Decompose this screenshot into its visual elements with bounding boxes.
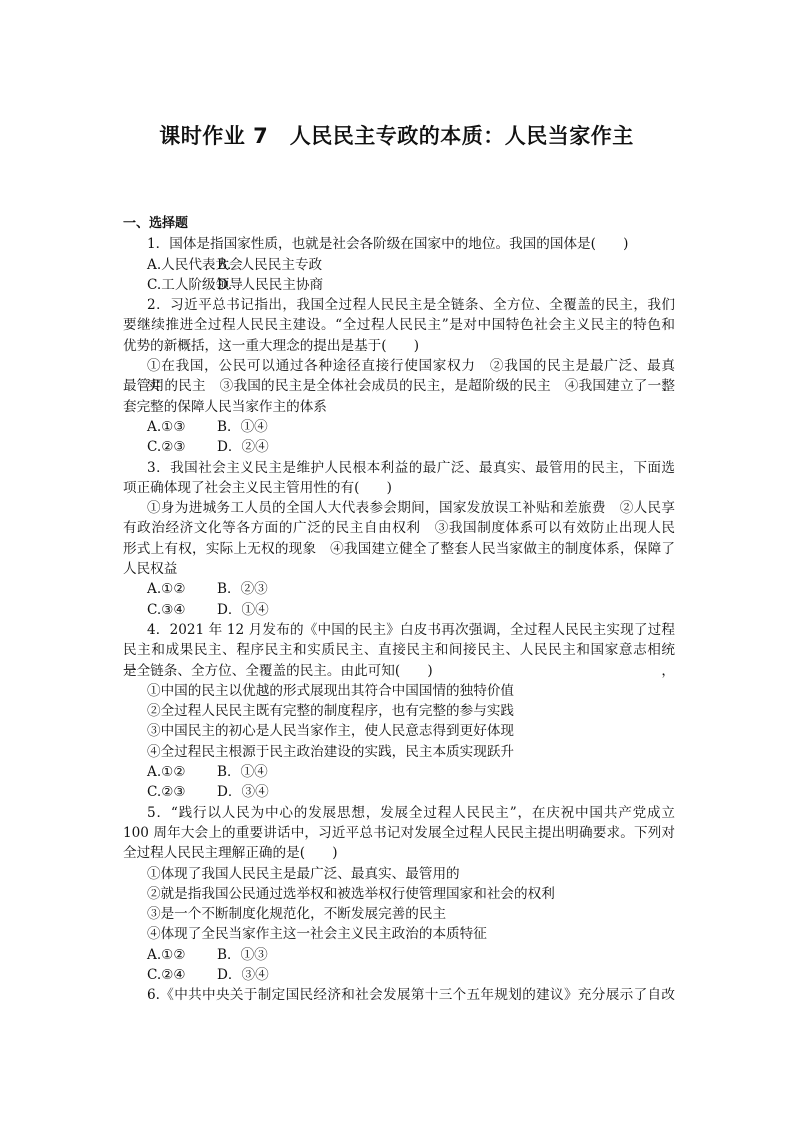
question-stem-line: 2．习近平总书记指出，我国全过程人民民主是全链条、全方位、全覆盖的民主，我们 xyxy=(123,295,675,315)
question-stem-line: 优势的新概括，这一重大理念的提出是基于( ) xyxy=(123,336,675,356)
statement-line: ③是一个不断制度化规范化，不断发展完善的民主 xyxy=(123,904,675,924)
question-stem-line: 民主和成果民主、程序民主和实质民主、直接民主和间接民主、人民民主和国家意志相统一… xyxy=(123,640,675,660)
question-5: 5．“践行以人民为中心的发展思想，发展全过程人民民主”，在庆祝中国共产党成立 1… xyxy=(123,803,675,986)
statement-line: 有政治经济文化等各方面的广泛的民主自由权利 ③我国制度体系可以有效防止出现人民 xyxy=(123,518,675,538)
option-c: C.②③ xyxy=(147,782,217,802)
option-d: D．③④ xyxy=(217,782,287,802)
option-a: A.①② xyxy=(147,762,217,782)
question-4: 4．2021 年 12 月发布的《中国的民主》白皮书再次强调，全过程人民民主实现… xyxy=(123,620,675,803)
options-row: C.②③ D．②④ xyxy=(123,437,675,457)
question-stem-line: 全过程人民民主理解正确的是( ) xyxy=(123,843,675,863)
question-stem-line: 1．国体是指国家性质，也就是社会各阶级在国家中的地位。我国的国体是( ) xyxy=(123,234,675,254)
option-d: D．③④ xyxy=(217,965,287,985)
statement-line: ④全过程民主根源于民主政治建设的实践，民主本质实现跃升 xyxy=(123,742,675,762)
statement-line: ③中国民主的初心是人民当家作主，使人民意志得到更好体现 xyxy=(123,721,675,741)
options-row: A.①② B．②③ xyxy=(123,579,675,599)
option-b: B．①④ xyxy=(217,417,287,437)
question-6: 6.《中共中央关于制定国民经济和社会发展第十三个五年规划的建议》充分展示了自改 xyxy=(123,985,675,1005)
question-stem-line: 项正确体现了社会主义民主管用性的有( ) xyxy=(123,478,675,498)
option-d: D．人民民主协商 xyxy=(217,275,287,295)
statement-line: ①中国的民主以优越的形式展现出其符合中国国情的独特价值 xyxy=(123,681,675,701)
question-stem-line: 4．2021 年 12 月发布的《中国的民主》白皮书再次强调，全过程人民民主实现… xyxy=(123,620,675,640)
option-d: D．②④ xyxy=(217,437,287,457)
statement-line: ②全过程人民民主既有完整的制度程序，也有完整的参与实践 xyxy=(123,701,675,721)
option-c: C.工人阶级领导 xyxy=(147,275,217,295)
page-title: 课时作业 7 人民民主专政的本质：人民当家作主 xyxy=(0,120,793,150)
option-a: A.①② xyxy=(147,945,217,965)
option-b: B．人民民主专政 xyxy=(217,255,287,275)
statement-line: ①体现了我国人民民主是最广泛、最真实、最管用的 xyxy=(123,864,675,884)
statement-line: ①在我国，公民可以通过各种途径直接行使国家权力 ②我国的民主是最广泛、最真实、 xyxy=(123,356,675,376)
statement-line: 最管用的民主 ③我国的民主是全体社会成员的民主，是超阶级的民主 ④我国建立了一整 xyxy=(123,376,675,396)
options-row: C.工人阶级领导 D．人民民主协商 xyxy=(123,275,675,295)
question-1: 1．国体是指国家性质，也就是社会各阶级在国家中的地位。我国的国体是( ) A.人… xyxy=(123,234,675,295)
option-b: B．①③ xyxy=(217,945,287,965)
options-row: A.人民代表大会 B．人民民主专政 xyxy=(123,255,675,275)
statement-line: 形式上有权，实际上无权的现象 ④我国建立健全了整套人民当家做主的制度体系，保障了 xyxy=(123,539,675,559)
question-stem-line: 5．“践行以人民为中心的发展思想，发展全过程人民民主”，在庆祝中国共产党成立 xyxy=(123,803,675,823)
statement-line: ①身为进城务工人员的全国人大代表参会期间，国家发放误工补贴和差旅费 ②人民享 xyxy=(123,498,675,518)
options-row: C.②④ D．③④ xyxy=(123,965,675,985)
option-c: C.③④ xyxy=(147,600,217,620)
options-row: C.②③ D．③④ xyxy=(123,782,675,802)
document-body: 一、选择题 1．国体是指国家性质，也就是社会各阶级在国家中的地位。我国的国体是(… xyxy=(123,214,675,1006)
option-b: B．①④ xyxy=(217,762,287,782)
statement-line: ④体现了全民当家作主这一社会主义民主政治的本质特征 xyxy=(123,924,675,944)
question-3: 3．我国社会主义民主是维护人民根本利益的最广泛、最真实、最管用的民主，下面选 项… xyxy=(123,458,675,620)
statement-line: 套完整的保障人民当家作主的体系 xyxy=(123,397,675,417)
question-stem-line: 100 周年大会上的重要讲话中，习近平总书记对发展全过程人民民主提出明确要求。下… xyxy=(123,823,675,843)
section-heading: 一、选择题 xyxy=(123,214,675,234)
options-row: A.①② B．①④ xyxy=(123,762,675,782)
question-2: 2．习近平总书记指出，我国全过程人民民主是全链条、全方位、全覆盖的民主，我们 要… xyxy=(123,295,675,457)
option-d: D．①④ xyxy=(217,600,287,620)
option-c: C.②③ xyxy=(147,437,217,457)
options-row: A.①② B．①③ xyxy=(123,945,675,965)
statement-line: ②就是指我国公民通过选举权和被选举权行使管理国家和社会的权利 xyxy=(123,884,675,904)
options-row: C.③④ D．①④ xyxy=(123,600,675,620)
question-stem-line: 要继续推进全过程人民民主建设。“全过程人民民主”是对中国特色社会主义民主的特色和 xyxy=(123,315,675,335)
option-a: A.①③ xyxy=(147,417,217,437)
options-row: A.①③ B．①④ xyxy=(123,417,675,437)
option-b: B．②③ xyxy=(217,579,287,599)
statement-line: 人民权益 xyxy=(123,559,675,579)
question-stem-line: 6.《中共中央关于制定国民经济和社会发展第十三个五年规划的建议》充分展示了自改 xyxy=(123,985,675,1005)
option-a: A.人民代表大会 xyxy=(147,255,217,275)
option-c: C.②④ xyxy=(147,965,217,985)
question-stem-line: 3．我国社会主义民主是维护人民根本利益的最广泛、最真实、最管用的民主，下面选 xyxy=(123,458,675,478)
option-a: A.①② xyxy=(147,579,217,599)
